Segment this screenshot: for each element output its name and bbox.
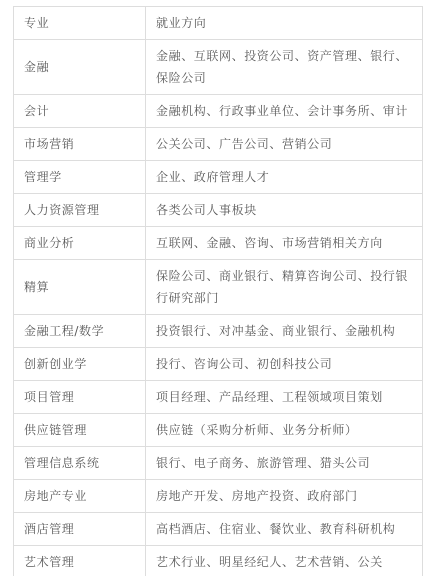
direction-cell: 公关公司、广告公司、营销公司 <box>146 128 423 161</box>
major-cell: 金融 <box>14 40 146 95</box>
direction-cell: 投资银行、对冲基金、商业银行、金融机构 <box>146 315 423 348</box>
table-row: 金融工程/数学 投资银行、对冲基金、商业银行、金融机构 <box>14 315 423 348</box>
direction-cell: 企业、政府管理人才 <box>146 161 423 194</box>
header-row: 专业 就业方向 <box>14 7 423 40</box>
table-row: 项目管理 项目经理、产品经理、工程领域项目策划 <box>14 381 423 414</box>
page: 专业 就业方向 金融 金融、互联网、投资公司、资产管理、银行、保险公司 会计 金… <box>0 0 435 576</box>
major-cell: 酒店管理 <box>14 513 146 546</box>
direction-cell: 供应链（采购分析师、业务分析师） <box>146 414 423 447</box>
direction-column-header: 就业方向 <box>146 7 423 40</box>
direction-cell: 投行、咨询公司、初创科技公司 <box>146 348 423 381</box>
table-row: 商业分析 互联网、金融、咨询、市场营销相关方向 <box>14 227 423 260</box>
major-cell: 管理信息系统 <box>14 447 146 480</box>
major-cell: 项目管理 <box>14 381 146 414</box>
direction-cell: 艺术行业、明星经纪人、艺术营销、公关 <box>146 546 423 576</box>
table-row: 人力资源管理 各类公司人事板块 <box>14 194 423 227</box>
direction-cell: 各类公司人事板块 <box>146 194 423 227</box>
direction-cell: 银行、电子商务、旅游管理、猎头公司 <box>146 447 423 480</box>
majors-employment-table: 专业 就业方向 金融 金融、互联网、投资公司、资产管理、银行、保险公司 会计 金… <box>13 6 423 576</box>
table-row: 管理学 企业、政府管理人才 <box>14 161 423 194</box>
table-row: 会计 金融机构、行政事业单位、会计事务所、审计 <box>14 95 423 128</box>
table-header: 专业 就业方向 <box>14 7 423 40</box>
major-cell: 市场营销 <box>14 128 146 161</box>
direction-cell: 互联网、金融、咨询、市场营销相关方向 <box>146 227 423 260</box>
direction-cell: 保险公司、商业银行、精算咨询公司、投行银行研究部门 <box>146 260 423 315</box>
major-cell: 管理学 <box>14 161 146 194</box>
major-cell: 商业分析 <box>14 227 146 260</box>
major-cell: 艺术管理 <box>14 546 146 576</box>
major-cell: 房地产专业 <box>14 480 146 513</box>
direction-cell: 金融、互联网、投资公司、资产管理、银行、保险公司 <box>146 40 423 95</box>
direction-cell: 金融机构、行政事业单位、会计事务所、审计 <box>146 95 423 128</box>
major-column-header: 专业 <box>14 7 146 40</box>
table-row: 管理信息系统 银行、电子商务、旅游管理、猎头公司 <box>14 447 423 480</box>
major-cell: 金融工程/数学 <box>14 315 146 348</box>
table-row: 创新创业学 投行、咨询公司、初创科技公司 <box>14 348 423 381</box>
direction-cell: 项目经理、产品经理、工程领域项目策划 <box>146 381 423 414</box>
major-cell: 会计 <box>14 95 146 128</box>
direction-cell: 房地产开发、房地产投资、政府部门 <box>146 480 423 513</box>
table-row: 市场营销 公关公司、广告公司、营销公司 <box>14 128 423 161</box>
table-row: 精算 保险公司、商业银行、精算咨询公司、投行银行研究部门 <box>14 260 423 315</box>
table-row: 房地产专业 房地产开发、房地产投资、政府部门 <box>14 480 423 513</box>
table-row: 供应链管理 供应链（采购分析师、业务分析师） <box>14 414 423 447</box>
major-cell: 供应链管理 <box>14 414 146 447</box>
table-body: 金融 金融、互联网、投资公司、资产管理、银行、保险公司 会计 金融机构、行政事业… <box>14 40 423 576</box>
direction-cell: 高档酒店、住宿业、餐饮业、教育科研机构 <box>146 513 423 546</box>
table-row: 艺术管理 艺术行业、明星经纪人、艺术营销、公关 <box>14 546 423 576</box>
major-cell: 创新创业学 <box>14 348 146 381</box>
table-row: 金融 金融、互联网、投资公司、资产管理、银行、保险公司 <box>14 40 423 95</box>
major-cell: 精算 <box>14 260 146 315</box>
table-row: 酒店管理 高档酒店、住宿业、餐饮业、教育科研机构 <box>14 513 423 546</box>
major-cell: 人力资源管理 <box>14 194 146 227</box>
